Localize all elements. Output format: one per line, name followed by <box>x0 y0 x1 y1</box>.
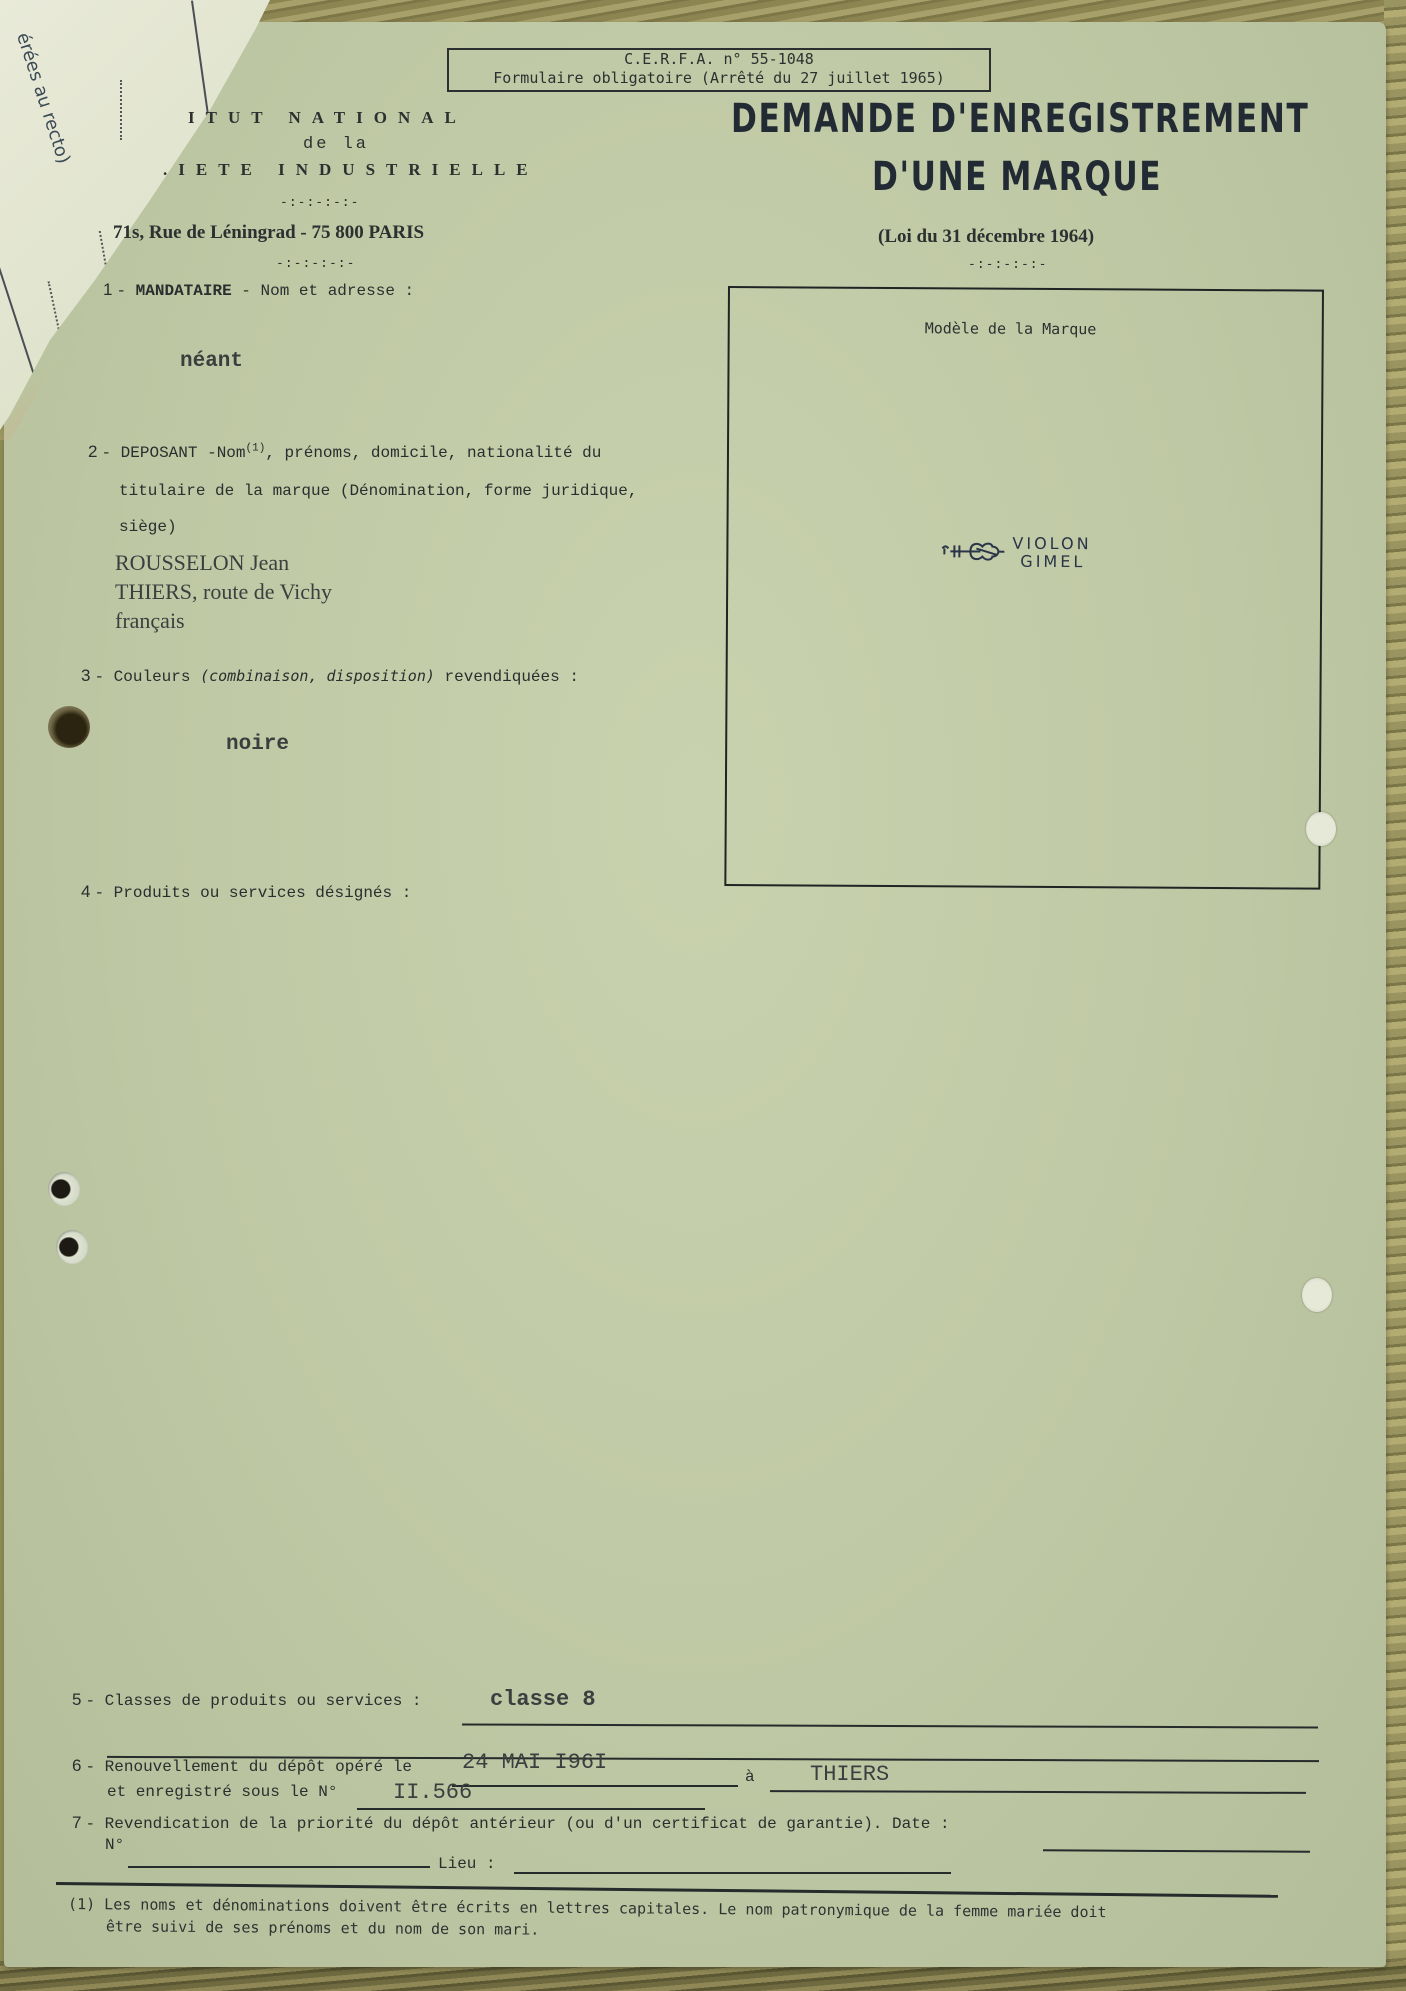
renewal-date-underline <box>452 1785 738 1787</box>
renewal-at-label: à <box>745 1768 755 1786</box>
priority-place-field[interactable] <box>514 1872 951 1874</box>
priority-number-label: N° <box>105 1836 124 1854</box>
section-2-label: 2- DEPOSANT -Nom(1), prénoms, domicile, … <box>88 442 601 462</box>
renewal-place-value[interactable]: THIERS <box>810 1762 889 1787</box>
products-services-field[interactable] <box>81 920 1331 1620</box>
deposant-address[interactable]: THIERS, route de Vichy <box>115 579 332 605</box>
deposant-name[interactable]: ROUSSELON Jean <box>115 550 289 576</box>
punch-hole <box>48 706 90 748</box>
punch-hole <box>48 1172 80 1206</box>
section-6-label-line2: et enregistré sous le N° <box>107 1783 337 1801</box>
form-title-line2: D'UNE MARQUE <box>872 154 1162 200</box>
institute-name-line1: ITUT NATIONAL <box>188 108 467 128</box>
title-separator: -:-:-:-:- <box>968 257 1047 272</box>
section-7-label: 7- Revendication de la priorité du dépôt… <box>72 1813 950 1833</box>
punch-hole <box>56 1230 88 1264</box>
footnote-text: (1) Les noms et dénominations doivent êt… <box>68 1893 1107 1945</box>
curl-dotted-line <box>120 80 122 140</box>
priority-number-field[interactable] <box>128 1866 430 1868</box>
section-6-label: 6- Renouvellement du dépôt opéré le <box>72 1756 412 1776</box>
punch-hole <box>1302 1278 1332 1312</box>
section-5-label: 5- Classes de produits ou services : <box>72 1690 422 1710</box>
classes-value[interactable]: classe 8 <box>490 1687 596 1712</box>
header-separator: -:-:-:-:- <box>276 256 355 271</box>
desk-surface-right <box>1384 0 1406 1991</box>
registration-number-value[interactable]: II.566 <box>393 1780 472 1805</box>
institute-name-line2: de la <box>303 135 369 154</box>
section-4-label: 4- Produits ou services désignés : <box>81 882 411 902</box>
registration-number-underline <box>357 1808 705 1810</box>
trademark-word-gimel: GIMEL <box>1020 553 1085 571</box>
form-title-line1: DEMANDE D'ENREGISTREMENT <box>731 96 1309 142</box>
section-2-label-line3: siège) <box>119 518 177 536</box>
cerfa-number: C.E.R.F.A. n° 55-1048 <box>449 50 989 69</box>
deposant-nationality[interactable]: français <box>115 608 185 634</box>
trademark-model-label: Modèle de la Marque <box>925 319 1097 338</box>
section-3-label: 3- Couleurs (combinaison, disposition) r… <box>81 666 579 686</box>
section-1-heading: MANDATAIRE <box>136 282 232 300</box>
renewal-date-value[interactable]: 24 MAI I96I <box>462 1750 607 1775</box>
section-2-label-line2: titulaire de la marque (Dénomination, fo… <box>119 482 637 500</box>
law-reference: (Loi du 31 décembre 1964) <box>878 226 1094 248</box>
section-2-heading: DEPOSANT <box>121 444 198 462</box>
cerfa-mandatory-notice: Formulaire obligatoire (Arrêté du 27 jui… <box>449 69 989 88</box>
violin-icon <box>940 536 1006 566</box>
footnote-reference: (1) <box>246 443 266 455</box>
mandataire-value[interactable]: néant <box>180 350 243 373</box>
priority-place-label: Lieu : <box>438 1855 496 1873</box>
institute-name-line3: .IETE INDUSTRIELLE <box>163 160 539 180</box>
trademark-word-violon: VIOLON <box>1012 535 1091 553</box>
header-separator: -:-:-:-:- <box>280 195 359 210</box>
institute-address: 71s, Rue de Léningrad - 75 800 PARIS <box>113 222 424 244</box>
curled-page-text: érées au recto) <box>12 30 74 166</box>
punch-hole <box>1306 812 1336 846</box>
colors-value[interactable]: noire <box>226 733 289 756</box>
cerfa-reference-box: C.E.R.F.A. n° 55-1048 Formulaire obligat… <box>447 48 991 92</box>
trademark-model-box: Modèle de la Marque VIOLON GIMEL <box>724 286 1324 890</box>
section-1-label: 1- MANDATAIRE - Nom et adresse : <box>103 280 414 300</box>
